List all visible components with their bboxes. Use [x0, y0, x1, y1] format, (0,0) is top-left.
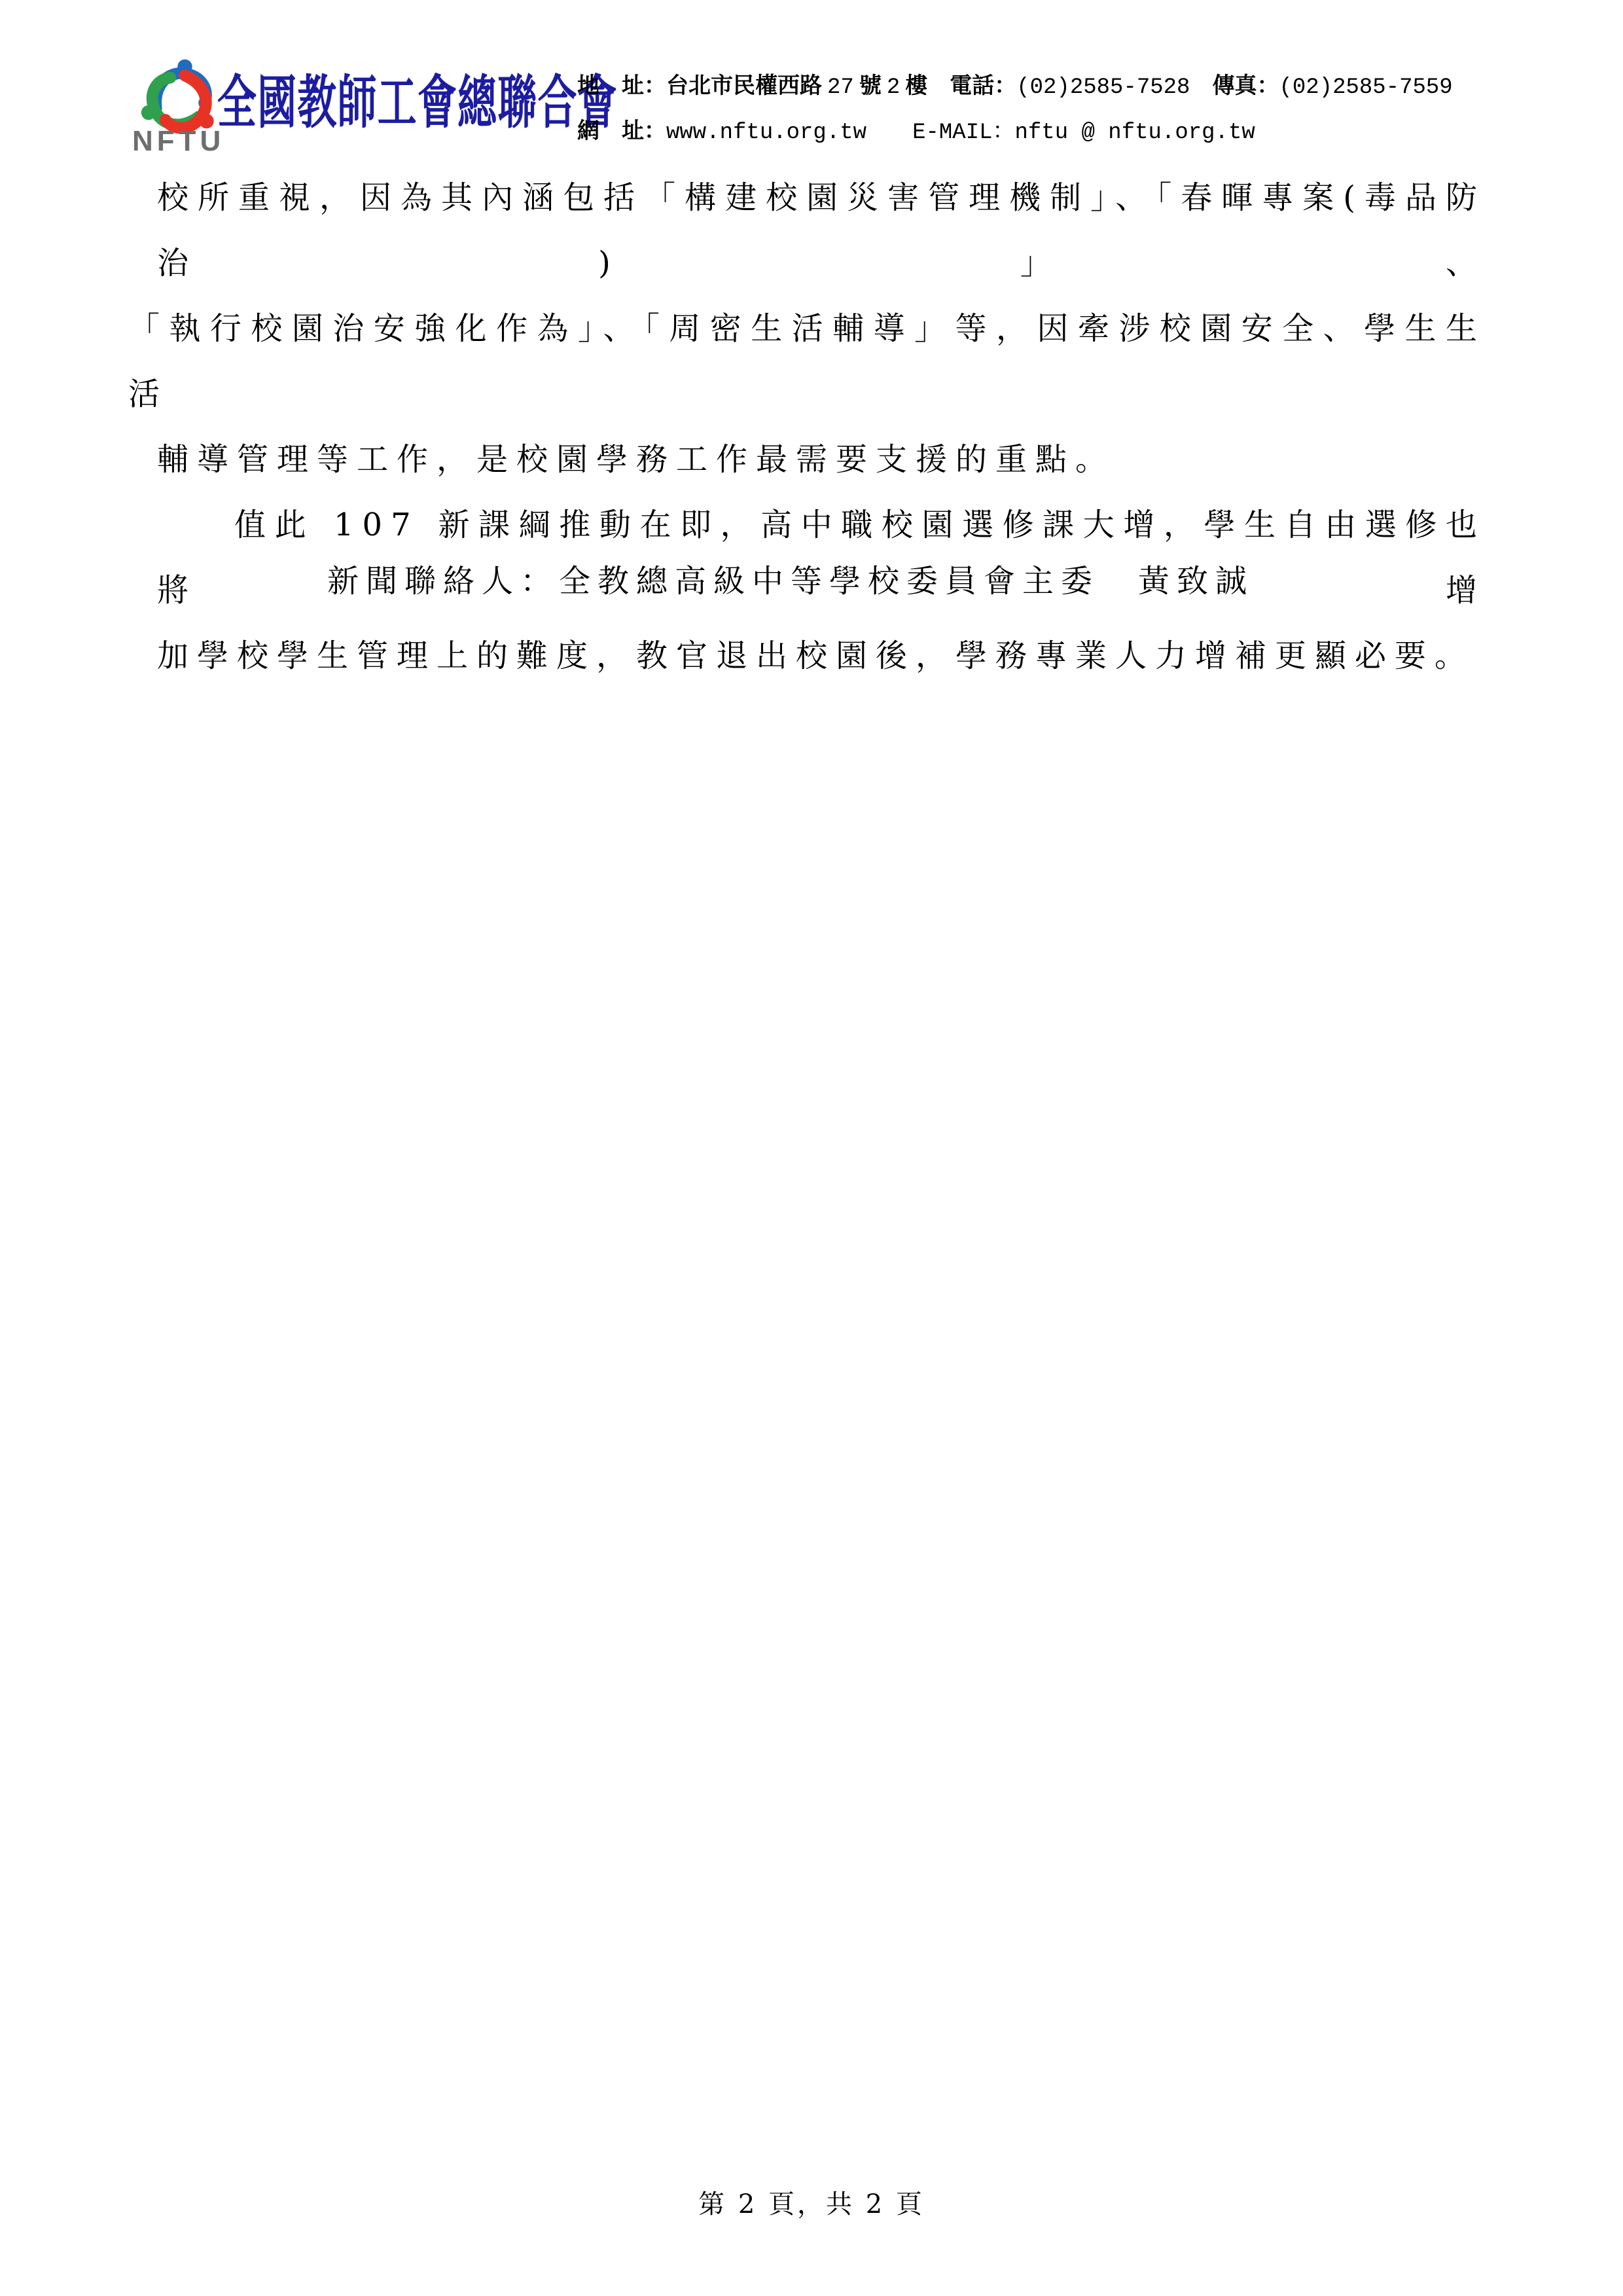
contact-row-address: 地 址：台北市民權西路27號2樓電話：(02)2585-7528傳真：(02)2…	[577, 64, 1453, 109]
nftu-logo: NFTU 全國教師工會總聯合會	[131, 54, 589, 171]
website-value: www.nftu.org.tw	[666, 120, 866, 145]
phone-label: 電話：	[950, 73, 1016, 98]
document-page: NFTU 全國教師工會總聯合會 地 址：台北市民權西路27號2樓電話：(02)2…	[0, 0, 1623, 2296]
address-city: 台北市民權西路	[666, 73, 822, 98]
contact-row-web: 網 址：www.nftu.org.twE-MAIL：nftu @ nftu.or…	[577, 109, 1453, 154]
address-label: 地 址：	[577, 73, 666, 98]
nftu-acronym: NFTU	[132, 126, 224, 157]
email-label: E-MAIL：	[912, 120, 1014, 145]
body-line-5: 加學校學生管理上的難度，教官退出校園後，學務專業人力增補更顯必要。	[157, 623, 1486, 689]
address-floor-number: 2	[887, 75, 900, 100]
address-hao: 號	[859, 73, 882, 98]
page-number: 第 2 頁，共 2 頁	[698, 2189, 925, 2219]
email-value: nftu @ nftu.org.tw	[1014, 120, 1255, 145]
fax-value: (02)2585-7559	[1279, 75, 1452, 100]
phone-value: (02)2585-7528	[1016, 75, 1190, 100]
fax-label: 傳真：	[1212, 73, 1279, 98]
body-line-2: 「執行校園治安強化作為」、「周密生活輔導」等，因牽涉校園安全、學生生活	[128, 296, 1486, 427]
website-label: 網 址：	[577, 118, 666, 143]
body-line-1: 校所重視，因為其內涵包括「構建校園災害管理機制」、「春暉專案(毒品防治)」、	[157, 165, 1486, 296]
contact-info: 地 址：台北市民權西路27號2樓電話：(02)2585-7528傳真：(02)2…	[577, 64, 1453, 154]
body-line-3: 輔導管理等工作，是校園學務工作最需要支援的重點。	[157, 427, 1486, 492]
letterhead: NFTU 全國教師工會總聯合會 地 址：台北市民權西路27號2樓電話：(02)2…	[131, 54, 1544, 175]
address-lou: 樓	[905, 73, 927, 98]
press-contact-line: 新聞聯絡人：全教總高級中等學校委員會主委 黃致誠	[327, 548, 1254, 614]
address-number: 27	[827, 75, 854, 100]
org-name: 全國教師工會總聯合會	[217, 50, 618, 154]
page-footer: 第 2 頁，共 2 頁	[0, 2185, 1623, 2224]
